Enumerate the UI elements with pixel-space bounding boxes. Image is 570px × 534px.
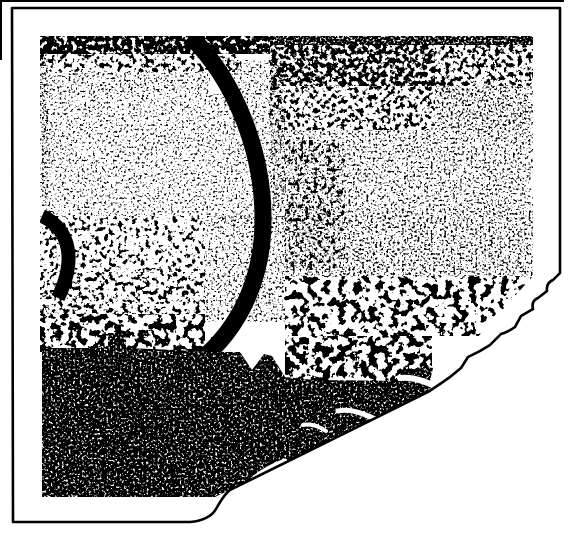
top-strip-left: [40, 36, 270, 54]
right-lower-middle: [285, 208, 533, 276]
scan-edge-top: [0, 0, 564, 2]
inside-arc-sparse: [42, 94, 222, 216]
figure-canvas: [0, 0, 570, 534]
topright-dense: [270, 44, 435, 86]
left-fade: [40, 72, 210, 94]
top-strip-right: [270, 36, 533, 45]
scan-edge-left: [0, 0, 2, 60]
topright-dense-east: [435, 44, 533, 86]
left-edge-dot-column: [40, 58, 48, 198]
thin-spike: [211, 337, 215, 353]
scanned-map-figure: [0, 0, 570, 534]
topright-mid: [270, 86, 435, 130]
topright-mid-east: [435, 86, 533, 130]
